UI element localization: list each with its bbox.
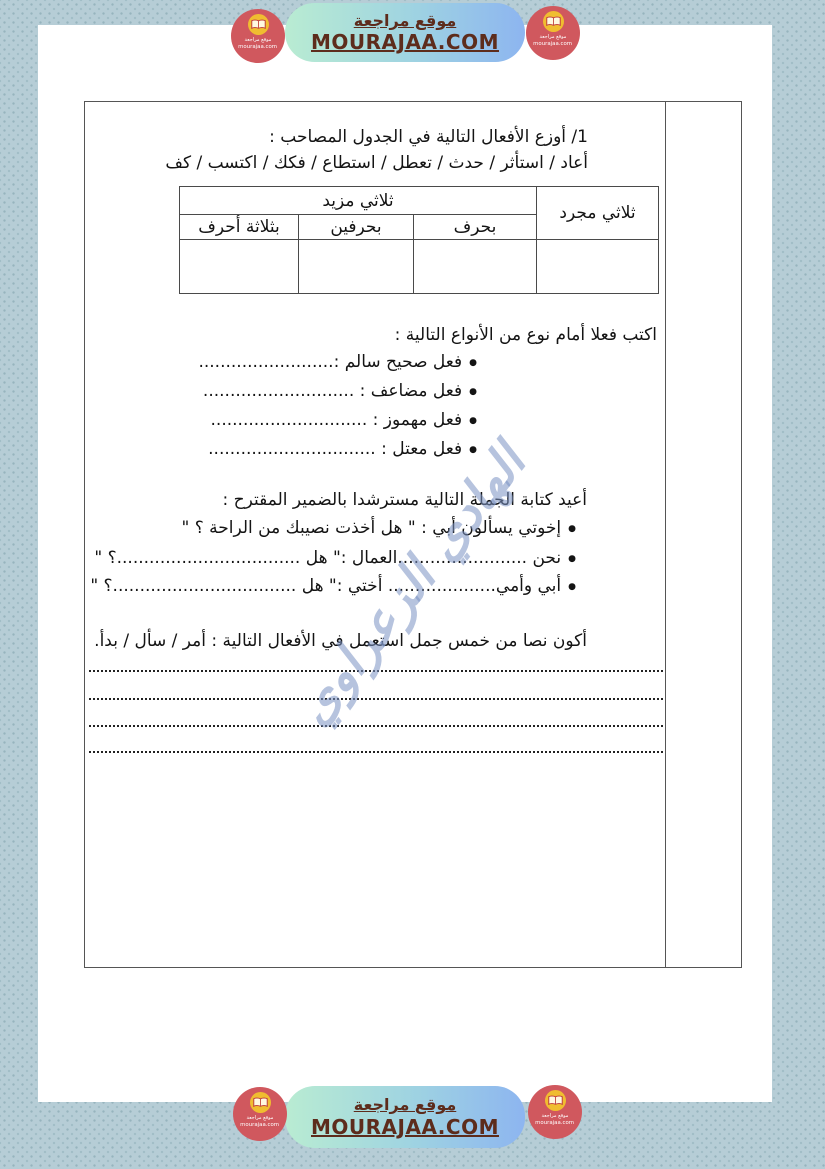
q2-item: ●فعل معتل : ............................… (208, 438, 477, 461)
site-domain: MOURAJAA.COM (311, 30, 499, 54)
bullet-icon: ● (568, 524, 576, 534)
q2-item-text: فعل صحيح سالم :......................... (198, 352, 462, 372)
document-paper: 1/ أوزع الأفعال التالية في الجدول المصاح… (38, 25, 772, 1102)
answer-line (89, 698, 663, 700)
table-header-one-letter: بحرف (414, 215, 537, 240)
q3-item: ●نحن ........................العمال :" ه… (94, 547, 576, 570)
answer-line (89, 725, 663, 727)
top-banner: موقع مراجعة MOURAJAA.COM (285, 3, 525, 62)
q3-item-text: أبي وأمي.................... أختي :" هل … (90, 576, 561, 596)
bullet-icon: ● (568, 554, 576, 564)
badge-site-url: mourajaa.com (241, 1122, 280, 1128)
bullet-icon: ● (469, 387, 477, 397)
q2-item: ●فعل صحيح سالم :........................… (198, 351, 477, 374)
open-book-icon (248, 14, 269, 35)
q2-item-text: فعل مضاعف : ............................ (203, 381, 462, 401)
bullet-icon: ● (469, 416, 477, 426)
q3-item-text: إخوتي يسألون أبي : " هل أخذت نصيبك من ال… (182, 518, 562, 538)
site-name-arabic: موقع مراجعة (354, 11, 457, 30)
table-answer-cell (537, 240, 659, 294)
open-book-icon (250, 1092, 271, 1113)
q3-title: أعيد كتابة الجملة التالية مسترشدا بالضمي… (223, 489, 587, 512)
q2-item: ●فعل مهموز : ...........................… (211, 409, 477, 432)
bottom-banner: موقع مراجعة MOURAJAA.COM (285, 1086, 525, 1148)
q1-verbs-list: أعاد / استأثر / حدث / تعطل / استطاع / فك… (165, 152, 588, 175)
bullet-icon: ● (469, 358, 477, 368)
q2-item: ●فعل مضاعف : ...........................… (203, 380, 477, 403)
site-name-arabic: موقع مراجعة (354, 1095, 457, 1114)
table-header-two-letters: بحرفين (299, 215, 414, 240)
table-answer-cell (299, 240, 414, 294)
badge-site-url: mourajaa.com (534, 41, 573, 47)
q3-item-text: نحن ........................العمال :" هل… (94, 548, 561, 568)
site-badge-bottom-right: موقع مراجعة mourajaa.com (528, 1085, 582, 1139)
side-margin-frame (665, 101, 742, 968)
q1-verbs-table: ثلاثي مجرد ثلاثي مزيد بحرف بحرفين بثلاثة… (179, 186, 659, 294)
badge-site-url: mourajaa.com (536, 1120, 575, 1126)
open-book-icon (543, 11, 564, 32)
worksheet-page: { "banner": { "site_name_ar": "موقع مراج… (0, 0, 825, 1169)
site-badge-top-left: موقع مراجعة mourajaa.com (231, 9, 285, 63)
table-answer-cell (180, 240, 299, 294)
q2-title: اكتب فعلا أمام نوع من الأنواع التالية : (395, 324, 657, 347)
table-header-mazid: ثلاثي مزيد (180, 187, 537, 215)
badge-site-url: mourajaa.com (239, 44, 278, 50)
q2-item-text: فعل معتل : .............................… (208, 439, 462, 459)
table-answer-cell (414, 240, 537, 294)
table-header-three-letters: بثلاثة أحرف (180, 215, 299, 240)
site-domain: MOURAJAA.COM (311, 1115, 499, 1139)
site-badge-bottom-left: موقع مراجعة mourajaa.com (233, 1087, 287, 1141)
open-book-icon (545, 1090, 566, 1111)
site-badge-top-right: موقع مراجعة mourajaa.com (526, 6, 580, 60)
worksheet-main-frame: 1/ أوزع الأفعال التالية في الجدول المصاح… (84, 101, 666, 968)
answer-line (89, 751, 663, 753)
table-header-mojarrad: ثلاثي مجرد (537, 187, 659, 240)
q2-item-text: فعل مهموز : ............................… (211, 410, 463, 430)
bullet-icon: ● (568, 582, 576, 592)
q1-title: 1/ أوزع الأفعال التالية في الجدول المصاح… (269, 126, 588, 149)
q3-item: ●أبي وأمي.................... أختي :" هل… (90, 575, 576, 598)
q3-item: ●إخوتي يسألون أبي : " هل أخذت نصيبك من ا… (182, 517, 577, 540)
